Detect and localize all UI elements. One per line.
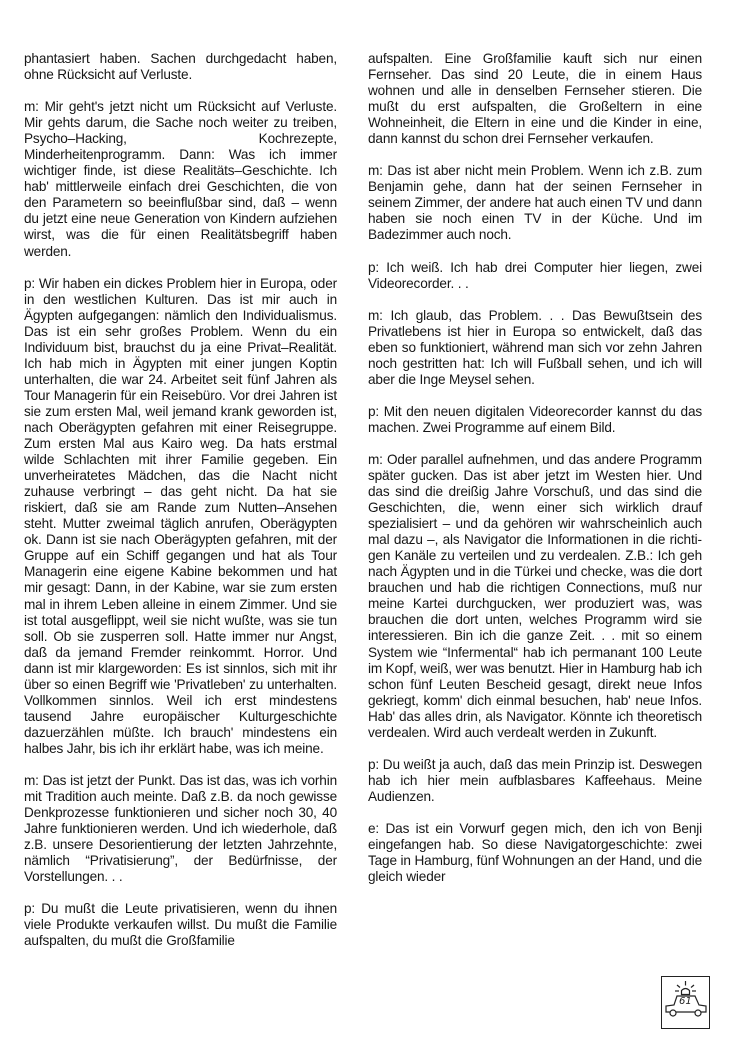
paragraph: p: Wir haben ein dickes Problem hier in …	[24, 276, 337, 757]
paragraph: p: Du weißt ja auch, daß das mein Prinzi…	[368, 757, 702, 805]
page-number-badge: 61	[661, 976, 710, 1029]
right-text-column: aufspalten. Eine Großfamilie kauft sich …	[368, 51, 702, 885]
paragraph: e: Das ist ein Vorwurf gegen mich, den i…	[368, 821, 702, 885]
paragraph: m: Das ist aber nicht mein Problem. Wenn…	[368, 163, 702, 243]
paragraph: m: Mir geht's jetzt nicht um Rücksicht a…	[24, 99, 337, 259]
paragraph: m: Das ist jetzt der Punkt. Das ist das,…	[24, 773, 337, 885]
paragraph: p: Mit den neuen digitalen Videorecorder…	[368, 404, 702, 436]
paragraph: phantasiert haben. Sachen durchgedacht h…	[24, 51, 337, 83]
paragraph: m: Oder parallel aufnehmen, und das ande…	[368, 452, 702, 741]
paragraph: p: Du mußt die Leute privatisieren, wenn…	[24, 901, 337, 949]
page-number: 61	[679, 996, 692, 1007]
paragraph: p: Ich weiß. Ich hab drei Computer hier …	[368, 260, 702, 292]
left-text-column: phantasiert haben. Sachen durchgedacht h…	[24, 51, 337, 949]
paragraph: aufspalten. Eine Großfamilie kauft sich …	[368, 51, 702, 147]
paragraph: m: Ich glaub, das Problem. . . Das Bewuß…	[368, 308, 702, 388]
